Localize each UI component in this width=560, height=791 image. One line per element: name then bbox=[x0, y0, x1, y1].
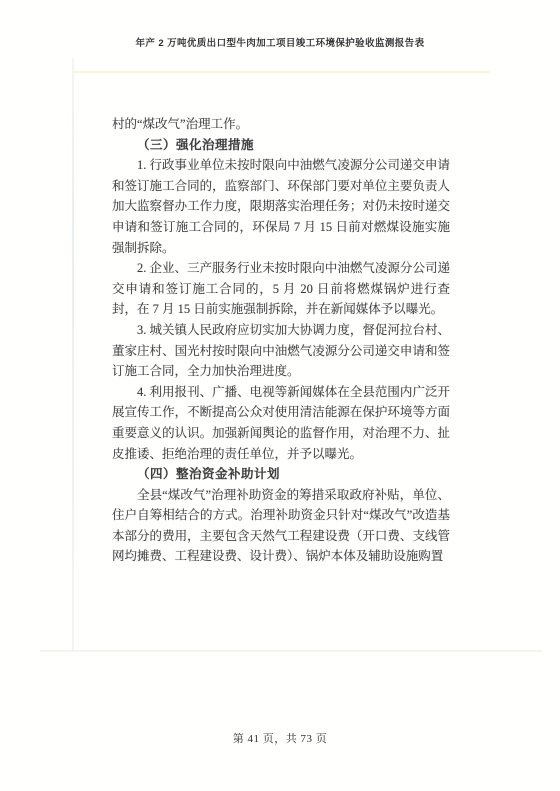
paragraph: 4. 利用报刊、广播、电视等新闻媒体在全县范围内广泛开展宣传工作，不断提高公众对… bbox=[112, 382, 450, 464]
page-number-footer: 第 41 页，共 73 页 bbox=[0, 730, 560, 746]
scan-edge-left bbox=[72, 58, 74, 650]
document-body: 村的“煤改气”治理工作。（三）强化治理措施1. 行政事业单位未按时限向中油燃气凌… bbox=[112, 114, 450, 567]
section-heading: （四）整治资金补助计划 bbox=[112, 464, 450, 485]
paragraph: 3. 城关镇人民政府应切实加大协调力度，督促河拉台村、董家庄村、国光村按时限向中… bbox=[112, 320, 450, 382]
document-header-title: 年产 2 万吨优质出口型牛肉加工项目竣工环境保护验收监测报告表 bbox=[0, 35, 560, 49]
scan-edge-bottom bbox=[40, 650, 542, 652]
scan-edge-top bbox=[73, 71, 491, 73]
paragraph: 1. 行政事业单位未按时限向中油燃气凌源分公司递交申请和签订施工合同的，监察部门… bbox=[112, 155, 450, 258]
paragraph: 全县“煤改气”治理补助资金的筹措采取政府补贴，单位、住户自筹相结合的方式。治理补… bbox=[112, 485, 450, 567]
section-heading: （三）强化治理措施 bbox=[112, 135, 450, 156]
document-page: 年产 2 万吨优质出口型牛肉加工项目竣工环境保护验收监测报告表 村的“煤改气”治… bbox=[0, 0, 560, 791]
paragraph: 村的“煤改气”治理工作。 bbox=[112, 114, 450, 135]
paragraph: 2. 企业、三产服务行业未按时限向中油燃气凌源分公司递交申请和签订施工合同的，5… bbox=[112, 258, 450, 320]
